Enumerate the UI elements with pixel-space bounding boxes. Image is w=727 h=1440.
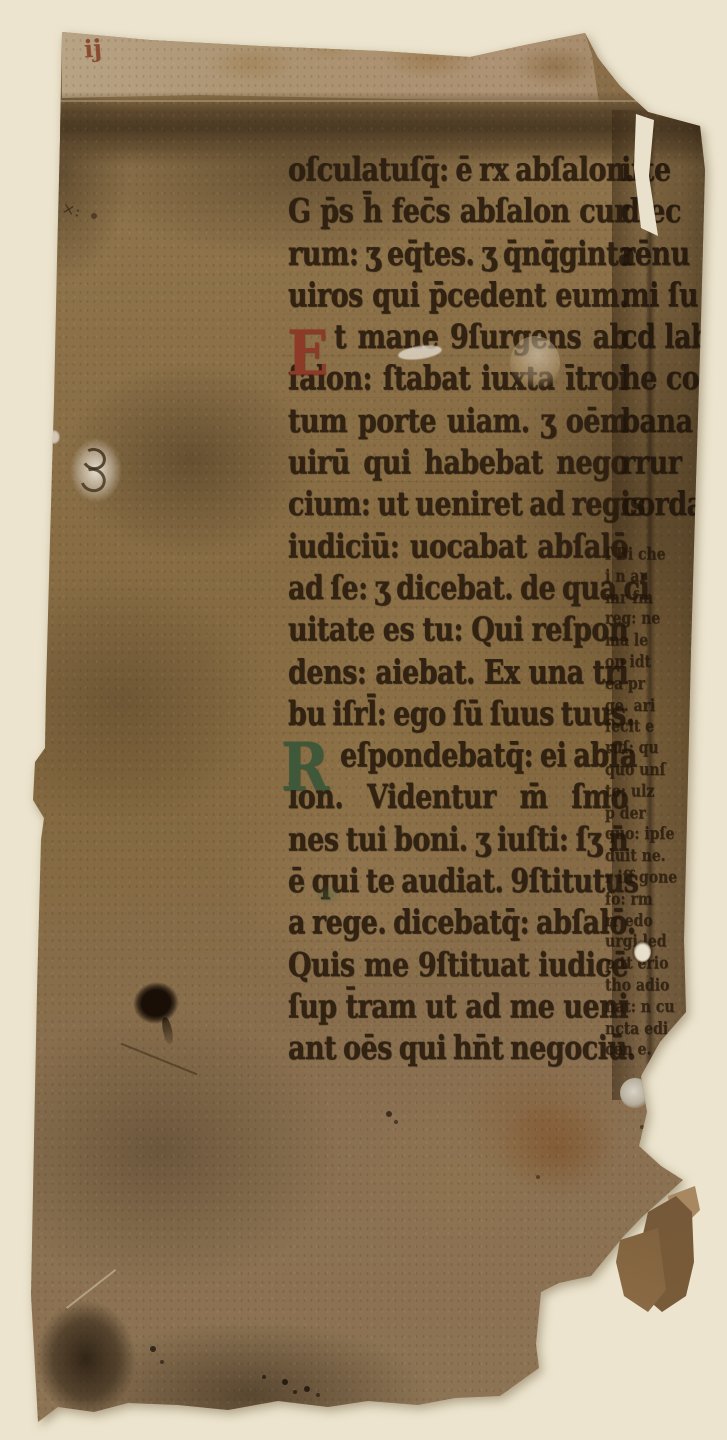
text-line: bu iſrl̄: ego ſū ſuus tuus. xyxy=(288,694,628,736)
text-fragment: nat: n cu xyxy=(605,997,725,1019)
text-line: lon. Videntur m̄ ſmo xyxy=(288,778,628,820)
edge-nick xyxy=(48,430,60,444)
text-fragment: ma le xyxy=(605,631,725,653)
text-line: ad ſe: ʒ dicebat. de qua ci xyxy=(288,568,628,610)
text-fragment: quo: ipſe xyxy=(605,825,725,847)
green-pigment-smudge xyxy=(314,884,342,906)
text-fragment: rrur xyxy=(621,443,727,485)
text-line: uirū qui habebat nego xyxy=(288,443,628,485)
text-fragment: he co xyxy=(621,359,727,401)
pale-stain xyxy=(510,336,560,390)
ink-speckles xyxy=(0,0,4,4)
text-line: a rege. dicebatq̄: abſalō. xyxy=(288,903,628,945)
text-line: tum porte uiam. ʒ oēm xyxy=(288,401,628,443)
text-fragment: mr ſm xyxy=(605,588,725,610)
red-initial-E: E xyxy=(287,316,328,390)
text-fragment: i n ar xyxy=(605,567,725,589)
text-fragment: urgi led xyxy=(605,933,725,955)
text-fragment: rēnu xyxy=(621,234,727,276)
text-line: rum: ʒ eq̄tes. ʒ q̄nq̄ginta xyxy=(288,234,628,276)
text-fragment: ge. ari xyxy=(605,696,725,718)
text-fragment: bana xyxy=(621,401,727,443)
right-column-large-fragments: iſted ecrēnumi ſucd labhe cobanarrurcord… xyxy=(621,150,727,527)
text-line: ſup t̄ram ut ad me ueni xyxy=(288,987,628,1029)
text-line: eſpondebatq̄: ei abſa xyxy=(288,736,628,778)
text-line: uitate es tu: Qui reſpon xyxy=(288,610,628,652)
text-fragment: cen e. xyxy=(605,1040,725,1062)
text-fragment: rr edo xyxy=(605,911,725,933)
text-line: uiros qui p̄cedent eum. xyxy=(288,276,628,318)
main-text-column: oſculatuſq̄: ē rx abſalon.G p̄s h̄ fec̄s… xyxy=(288,150,628,1071)
text-line: cium: ut ueniret ad regis xyxy=(288,485,628,527)
text-line: dens: aiebat. Ex una tri xyxy=(288,652,628,694)
text-fragment: fo: rm xyxy=(605,890,725,912)
punched-hole xyxy=(634,942,651,962)
green-initial-R: R xyxy=(281,728,329,806)
text-line: oſculatuſq̄: ē rx abſalon. xyxy=(288,150,628,192)
photo-backdrop: ij ×: oſculatuſq̄: ē rx abſalon.G p̄s h̄… xyxy=(0,0,727,1440)
text-fragment: corda xyxy=(621,485,727,527)
text-fragment: p tt erio xyxy=(605,954,725,976)
text-line: ſalon: ſtabat iuxta ītroi xyxy=(288,359,628,401)
text-fragment: reg: ne xyxy=(605,610,725,632)
parchment-surface: ij ×: oſculatuſq̄: ē rx abſalon.G p̄s h̄… xyxy=(0,0,727,1440)
text-line: t mane 9ſurgens ab xyxy=(288,317,628,359)
text-fragment: ncta edi xyxy=(605,1019,725,1041)
text-fragment: d ec xyxy=(621,192,727,234)
text-line: G p̄s h̄ fec̄s abſalon cur xyxy=(288,192,628,234)
text-line: nes tui boni. ʒ iuſti: ſʒ n̄ xyxy=(288,819,628,861)
text-fragment: to: ulz xyxy=(605,782,725,804)
text-fragment: fecit e xyxy=(605,717,725,739)
right-column-small-fragments: ſ Bi chei n armr ſmreg: nema leon idtea … xyxy=(605,545,725,1062)
text-fragment: ſ Bi che xyxy=(605,545,725,567)
text-fragment: mi ſu xyxy=(621,276,727,318)
text-fragment: p der xyxy=(605,803,725,825)
text-fragment: tho adio xyxy=(605,976,725,998)
text-line: ant oēs qui hn̄t negociū. xyxy=(288,1029,628,1071)
text-fragment: cd lab xyxy=(621,317,727,359)
parchment-leaf: ij ×: oſculatuſq̄: ē rx abſalon.G p̄s h̄… xyxy=(0,0,727,1440)
text-line: Quis me 9ſtituat iudicē xyxy=(288,945,628,987)
folio-number-mark: ij xyxy=(83,33,103,63)
dark-stain-bottom-left xyxy=(36,1300,136,1418)
text-fragment: on idt xyxy=(605,653,725,675)
text-fragment: quo unſ xyxy=(605,760,725,782)
text-fragment: r iff gone xyxy=(605,868,725,890)
text-fragment: duit ne. xyxy=(605,846,725,868)
text-line: iudiciū: uocabat abſalō xyxy=(288,527,628,569)
text-fragment: ea pr xyxy=(605,674,725,696)
white-wax-spot xyxy=(620,1078,650,1108)
text-fragment: ruſ: qu xyxy=(605,739,725,761)
